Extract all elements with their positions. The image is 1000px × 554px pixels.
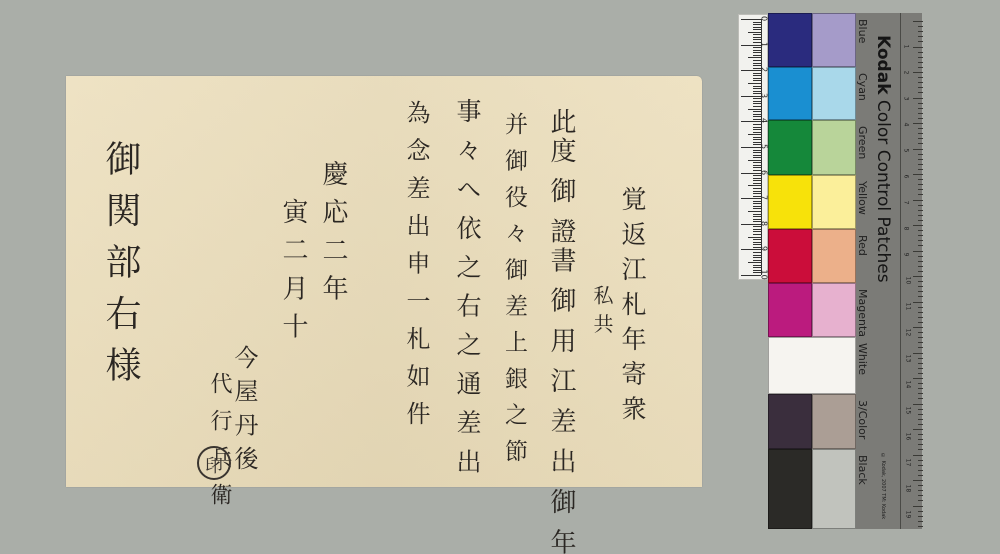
scale-tick (918, 108, 923, 109)
color-patch-3-color-light (812, 394, 856, 449)
scale-tick (918, 164, 923, 165)
ruler-tick (748, 160, 761, 161)
scale-tick (918, 342, 923, 343)
scale-tick (918, 36, 923, 37)
text-column-6: 為 念 差 出 申 一 札 如 件 (404, 100, 428, 428)
ruler-tick (753, 155, 761, 156)
ruler-tick (741, 198, 761, 199)
ruler-tick (753, 188, 761, 189)
text-column-5: 事 々 へ 依 之 右 之 通 差 出 (455, 98, 480, 477)
ruler-tick (753, 214, 761, 215)
ruler-tick (753, 260, 761, 261)
letter-paper (66, 76, 702, 487)
ruler-tick (741, 70, 761, 71)
ruler-tick (741, 173, 761, 174)
scale-tick (913, 327, 923, 328)
ruler-tick (748, 32, 761, 33)
patch-label: Magenta (856, 289, 869, 337)
scale-tick (918, 465, 923, 466)
scale-tick (918, 317, 923, 318)
ruler-tick (753, 203, 761, 204)
color-patch-black-dark (768, 449, 812, 529)
text-column-addressee: 御 関 部 右 様 (102, 140, 138, 384)
patch-label: Yellow (856, 181, 869, 215)
scale-tick (913, 21, 923, 22)
scale-tick (918, 388, 923, 389)
ruler-tick (753, 239, 761, 240)
ruler-tick (753, 75, 761, 76)
scale-tick (918, 205, 923, 206)
scale-number: 16 (904, 433, 911, 441)
scale-tick (918, 62, 923, 63)
scale-tick (918, 470, 923, 471)
scale-number: 3 (902, 97, 909, 101)
ruler-tick (741, 275, 761, 276)
ruler-tick (753, 137, 761, 138)
color-patch-magenta-dark (768, 283, 812, 337)
scale-tick (913, 98, 923, 99)
color-patch-green-light (812, 120, 856, 175)
scale-tick (918, 475, 923, 476)
ruler-tick (753, 234, 761, 235)
scale-tick (918, 373, 923, 374)
ruler-tick (753, 27, 761, 28)
scale-tick (918, 363, 923, 364)
scale-tick (913, 429, 923, 430)
text-column-3: 此度 御 證書 御 用 江 差 出 御 年 (548, 108, 574, 554)
scale-tick (913, 276, 923, 277)
scale-tick (918, 414, 923, 415)
scale-tick (918, 52, 923, 53)
ruler-tick (753, 255, 761, 256)
scale-tick (918, 210, 923, 211)
scale-tick (918, 368, 923, 369)
scale-tick (918, 92, 923, 93)
scale-tick (918, 307, 923, 308)
ruler-tick (753, 132, 761, 133)
color-patch-cyan-dark (768, 67, 812, 120)
scale-number: 15 (904, 407, 911, 415)
patch-label: White (856, 343, 869, 375)
scale-tick (913, 455, 923, 456)
scale-number: 19 (904, 511, 911, 519)
scale-number: 12 (904, 329, 911, 337)
ruler-tick (753, 106, 761, 107)
scale-tick (918, 281, 923, 282)
ruler-tick (753, 229, 761, 230)
scale-tick (918, 409, 923, 410)
patch-label: Red (856, 235, 869, 256)
scale-tick (918, 220, 923, 221)
color-patch-white (768, 337, 856, 394)
scale-tick (918, 256, 923, 257)
scale-number: 13 (904, 355, 911, 363)
ruler-tick (741, 121, 761, 122)
ruler-tick (741, 19, 761, 20)
ruler-tick (753, 78, 761, 79)
scale-tick (918, 67, 923, 68)
scale-tick (918, 189, 923, 190)
scale-number: 8 (902, 227, 909, 231)
card-scale: 12345678910111213141516171819 (900, 13, 923, 529)
scale-tick (918, 57, 923, 58)
scale-tick (918, 449, 923, 450)
patch-label: 3/Color (856, 400, 869, 439)
scale-tick (913, 200, 923, 201)
scale-tick (918, 337, 923, 338)
ruler-tick (753, 129, 761, 130)
ruler-tick (753, 162, 761, 163)
ruler-tick (753, 50, 761, 51)
ruler-tick (741, 249, 761, 250)
scale-tick (918, 296, 923, 297)
scale-tick (918, 159, 923, 160)
scale-tick (918, 495, 923, 496)
patch-label: Black (856, 455, 869, 485)
ruler-tick (753, 111, 761, 112)
scale-tick (918, 26, 923, 27)
scale-tick (918, 138, 923, 139)
ruler-tick (748, 134, 761, 135)
scale-tick (918, 113, 923, 114)
text-column-date: 慶 応 二 年 (320, 160, 346, 303)
scale-number: 5 (902, 149, 909, 153)
ruler-tick (753, 37, 761, 38)
scale-number: 18 (904, 485, 911, 493)
scale-tick (913, 480, 923, 481)
seal-stamp: 印 (197, 446, 231, 480)
ruler-tick (748, 262, 761, 263)
ruler-tick (753, 86, 761, 87)
scale-tick (918, 271, 923, 272)
seal-glyph: 印 (205, 452, 223, 478)
color-patch-cyan-light (812, 67, 856, 120)
scale-tick (913, 251, 923, 252)
scale-tick (918, 419, 923, 420)
scale-tick (918, 118, 923, 119)
scale-tick (918, 434, 923, 435)
ruler-tick (753, 24, 761, 25)
scale-tick (918, 133, 923, 134)
scale-tick (918, 490, 923, 491)
scale-tick (918, 312, 923, 313)
scale-tick (918, 383, 923, 384)
scale-tick (918, 87, 923, 88)
ruler-tick (741, 96, 761, 97)
scale-number: 17 (904, 459, 911, 467)
text-column-2: 私 共 (592, 285, 612, 334)
scale-number: 4 (902, 123, 909, 127)
text-column-month: 寅 二 月 十 (280, 198, 306, 341)
ruler-tick (748, 57, 761, 58)
ruler-tick (753, 80, 761, 81)
scale-tick (918, 393, 923, 394)
scale-tick (913, 47, 923, 48)
scale-tick (918, 245, 923, 246)
scale-tick (913, 506, 923, 507)
scale-tick (918, 526, 923, 527)
scale-tick (918, 500, 923, 501)
ruler-tick (753, 63, 761, 64)
scale-number: 1 (902, 45, 909, 49)
scale-tick (918, 332, 923, 333)
ruler-tick (753, 152, 761, 153)
scale-tick (918, 77, 923, 78)
scale-tick (918, 347, 923, 348)
scale-tick (913, 72, 923, 73)
ruler-tick (753, 183, 761, 184)
kodak-brand-title: Kodak Color Control Patches (873, 35, 893, 283)
scale-tick (913, 404, 923, 405)
scale-tick (918, 240, 923, 241)
text-column-4: 并 御 役 々 御 差 上 銀 之 節 (502, 112, 525, 465)
color-patch-yellow-dark (768, 175, 812, 229)
color-patch-red-dark (768, 229, 812, 283)
scale-number: 14 (904, 381, 911, 389)
scale-tick (918, 169, 923, 170)
scale-tick (918, 31, 923, 32)
ruler-tick (753, 206, 761, 207)
ruler-tick (753, 267, 761, 268)
ruler-tick (748, 109, 761, 110)
scale-tick (918, 286, 923, 287)
ruler-tick (748, 83, 761, 84)
scale-tick (918, 179, 923, 180)
scale-tick (918, 128, 923, 129)
scale-tick (918, 82, 923, 83)
scale-tick (918, 322, 923, 323)
ruler-tick (753, 231, 761, 232)
scale-tick (918, 516, 923, 517)
scale-tick (913, 174, 923, 175)
ruler-tick (748, 211, 761, 212)
patch-label: Cyan (856, 73, 869, 101)
ruler-tick (753, 257, 761, 258)
ruler-tick (753, 60, 761, 61)
scale-tick (918, 215, 923, 216)
ruler-tick (753, 34, 761, 35)
scale-number: 11 (904, 303, 911, 311)
ruler-tick (753, 265, 761, 266)
ruler-tick (753, 101, 761, 102)
card-title: Color Control Patches (873, 100, 893, 283)
text-column-heading: 覚 返 江 札 年 寄 衆 (620, 186, 645, 422)
scale-tick (918, 230, 923, 231)
ruler-tick (753, 216, 761, 217)
patch-label: Green (856, 126, 869, 159)
ruler-tick (753, 180, 761, 181)
color-patch-green-dark (768, 120, 812, 175)
color-patch-yellow-light (812, 175, 856, 229)
scale-number: 6 (902, 175, 909, 179)
scale-tick (918, 521, 923, 522)
scale-tick (918, 41, 923, 42)
scale-tick (918, 398, 923, 399)
scale-number: 9 (902, 253, 909, 257)
scale-tick (918, 424, 923, 425)
ruler-tick (753, 139, 761, 140)
scale-tick (913, 225, 923, 226)
scale-tick (918, 261, 923, 262)
scale-tick (918, 444, 923, 445)
ruler-tick (741, 45, 761, 46)
scale-tick (918, 235, 923, 236)
color-patch-magenta-light (812, 283, 856, 337)
ruler-tick (753, 55, 761, 56)
color-patch-blue-light (812, 13, 856, 67)
scale-tick (918, 485, 923, 486)
ruler-tick (741, 224, 761, 225)
scale-tick (918, 511, 923, 512)
text-column-sender-agent: 代 行 兵 衛 (208, 372, 230, 509)
ruler-tick (753, 103, 761, 104)
text-column-sender: 今 屋 丹 後 (232, 345, 256, 471)
scale-tick (918, 194, 923, 195)
centimeter-ruler: 012345678910 (738, 14, 768, 280)
scale-number: 7 (902, 201, 909, 205)
ruler-tick (753, 127, 761, 128)
scale-tick (913, 123, 923, 124)
scale-tick (918, 143, 923, 144)
ruler-tick (741, 147, 761, 148)
scale-number: 2 (902, 71, 909, 75)
scale-tick (918, 154, 923, 155)
scale-number: 10 (904, 277, 911, 285)
ruler-tick (753, 157, 761, 158)
ruler-tick (748, 237, 761, 238)
scale-tick (913, 149, 923, 150)
color-card-label-strip: BlueCyanGreenYellowRedMagentaWhite3/Colo… (856, 13, 922, 529)
ruler-tick (753, 29, 761, 30)
copyright-text: © Kodak, 2007 TM: Kodak (880, 453, 886, 519)
scale-tick (918, 460, 923, 461)
ruler-tick (753, 191, 761, 192)
scale-tick (913, 302, 923, 303)
scale-tick (918, 358, 923, 359)
scale-tick (918, 103, 923, 104)
scale-tick (913, 378, 923, 379)
color-patch-black-light (812, 449, 856, 529)
ruler-tick (753, 165, 761, 166)
patch-label: Blue (856, 19, 869, 43)
color-patch-3-color-dark (768, 394, 812, 449)
ruler-tick (748, 185, 761, 186)
ruler-tick (753, 88, 761, 89)
scale-tick (918, 184, 923, 185)
ruler-tick (753, 178, 761, 179)
color-patch-blue-dark (768, 13, 812, 67)
scale-tick (918, 439, 923, 440)
brand-name: Kodak (873, 35, 893, 95)
scale-tick (918, 266, 923, 267)
color-patch-red-light (812, 229, 856, 283)
ruler-tick (753, 208, 761, 209)
scale-tick (913, 353, 923, 354)
ruler-tick (753, 52, 761, 53)
scale-tick (918, 291, 923, 292)
